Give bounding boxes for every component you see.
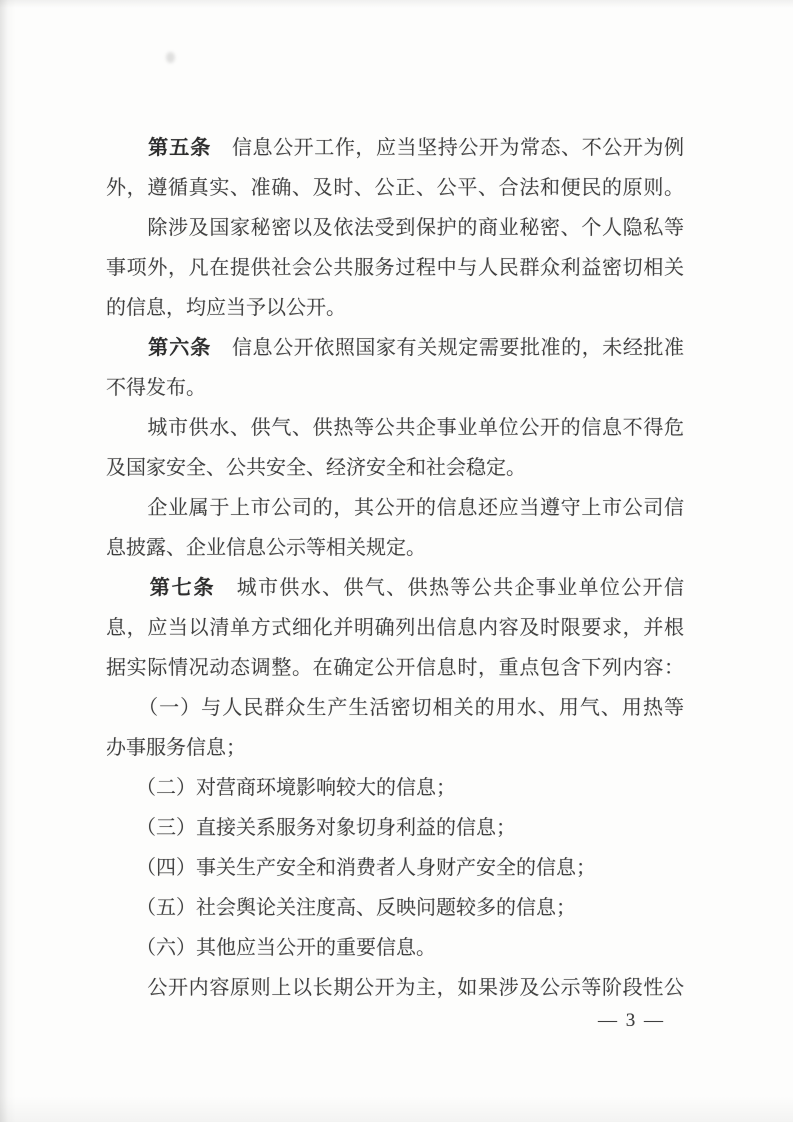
text-line: 及国家安全、公共安全、经济安全和社会稳定。: [106, 448, 684, 488]
article-number: 第七条: [106, 577, 215, 599]
line-text: 据实际情况动态调整。在确定公开信息时，重点包含下列内容：: [106, 657, 684, 679]
text-line: （六）其他应当公开的重要信息。: [106, 928, 684, 968]
line-text: 信息公开依照国家有关规定需要批准的，未经批准: [211, 337, 684, 359]
scan-artifact: [166, 52, 175, 63]
line-text: 办事服务信息；: [106, 737, 246, 759]
line-text: （二）对营商环境影响较大的信息；: [106, 777, 456, 799]
text-line: （三）直接关系服务对象切身利益的信息；: [106, 808, 684, 848]
text-line: 第五条 信息公开工作，应当坚持公开为常态、不公开为例: [106, 128, 684, 168]
text-line: 的信息，均应当予以公开。: [106, 288, 684, 328]
text-line: 息，应当以清单方式细化并明确列出信息内容及时限要求，并根: [106, 608, 684, 648]
line-text: 城市供水、供气、供热等公共企事业单位公开的信息不得危: [106, 417, 684, 439]
line-text: 息披露、企业信息公示等相关规定。: [106, 537, 426, 559]
text-line: （五）社会舆论关注度高、反映问题较多的信息；: [106, 888, 684, 928]
line-text: （六）其他应当公开的重要信息。: [106, 937, 436, 959]
line-text: 城市供水、供气、供热等公共企事业单位公开信: [215, 577, 684, 599]
line-text: （五）社会舆论关注度高、反映问题较多的信息；: [106, 897, 576, 919]
line-text: 公开内容原则上以长期公开为主，如果涉及公示等阶段性公: [106, 977, 684, 999]
line-text: 除涉及国家秘密以及依法受到保护的商业秘密、个人隐私等: [106, 217, 684, 239]
text-line: 城市供水、供气、供热等公共企事业单位公开的信息不得危: [106, 408, 684, 448]
text-line: （四）事关生产安全和消费者人身财产安全的信息；: [106, 848, 684, 888]
text-line: 外，遵循真实、准确、及时、公正、公平、合法和便民的原则。: [106, 168, 684, 208]
text-line: 第七条 城市供水、供气、供热等公共企事业单位公开信: [106, 568, 684, 608]
line-text: （三）直接关系服务对象切身利益的信息；: [106, 817, 516, 839]
article-number: 第六条: [106, 337, 211, 359]
document-body: 第五条 信息公开工作，应当坚持公开为常态、不公开为例外，遵循真实、准确、及时、公…: [106, 128, 684, 1008]
text-line: 第六条 信息公开依照国家有关规定需要批准的，未经批准: [106, 328, 684, 368]
text-line: 不得发布。: [106, 368, 684, 408]
line-text: 的信息，均应当予以公开。: [106, 297, 346, 319]
text-line: 息披露、企业信息公示等相关规定。: [106, 528, 684, 568]
line-text: （四）事关生产安全和消费者人身财产安全的信息；: [106, 857, 596, 879]
page-number: — 3 —: [598, 1008, 678, 1034]
line-text: 不得发布。: [106, 377, 206, 399]
line-text: （一）与人民群众生产生活密切相关的用水、用气、用热等: [106, 697, 684, 719]
line-text: 及国家安全、公共安全、经济安全和社会稳定。: [106, 457, 526, 479]
text-line: 事项外，凡在提供社会公共服务过程中与人民群众利益密切相关: [106, 248, 684, 288]
text-line: （一）与人民群众生产生活密切相关的用水、用气、用热等: [106, 688, 684, 728]
line-text: 企业属于上市公司的，其公开的信息还应当遵守上市公司信: [106, 497, 684, 519]
scanned-document-page: 第五条 信息公开工作，应当坚持公开为常态、不公开为例外，遵循真实、准确、及时、公…: [0, 0, 793, 1122]
text-line: 办事服务信息；: [106, 728, 684, 768]
line-text: 事项外，凡在提供社会公共服务过程中与人民群众利益密切相关: [106, 257, 684, 279]
text-line: 企业属于上市公司的，其公开的信息还应当遵守上市公司信: [106, 488, 684, 528]
text-line: （二）对营商环境影响较大的信息；: [106, 768, 684, 808]
article-number: 第五条: [106, 137, 211, 159]
text-line: 除涉及国家秘密以及依法受到保护的商业秘密、个人隐私等: [106, 208, 684, 248]
text-line: 据实际情况动态调整。在确定公开信息时，重点包含下列内容：: [106, 648, 684, 688]
line-text: 外，遵循真实、准确、及时、公正、公平、合法和便民的原则。: [106, 177, 684, 199]
line-text: 息，应当以清单方式细化并明确列出信息内容及时限要求，并根: [106, 617, 684, 639]
line-text: 信息公开工作，应当坚持公开为常态、不公开为例: [211, 137, 684, 159]
text-line: 公开内容原则上以长期公开为主，如果涉及公示等阶段性公: [106, 968, 684, 1008]
